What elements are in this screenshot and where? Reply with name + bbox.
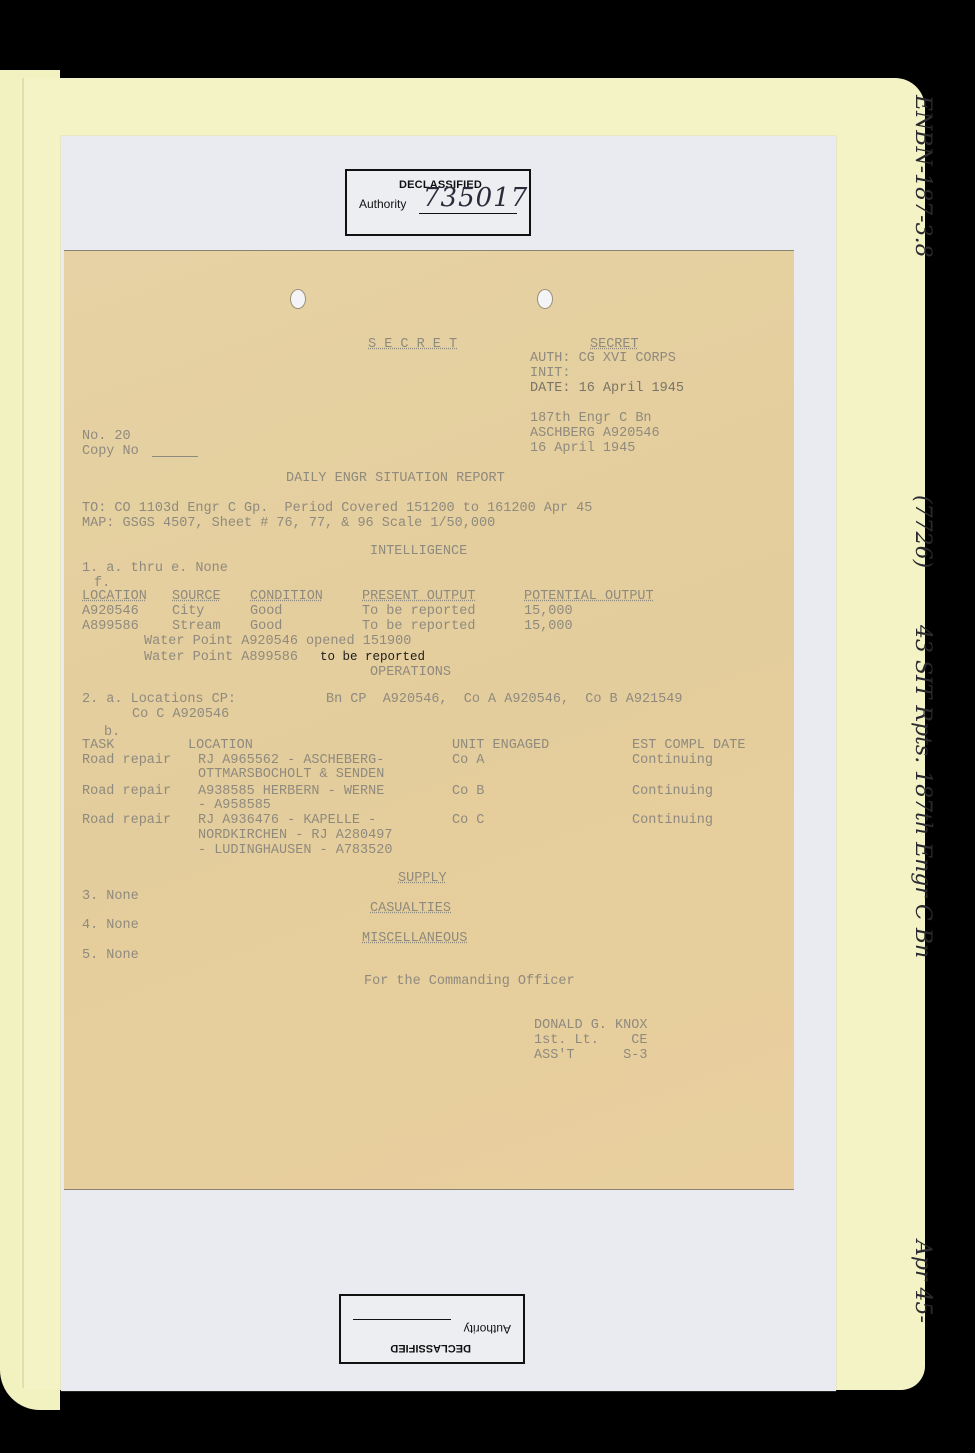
classification-left: S E C R E T	[368, 337, 457, 352]
declassified-stamp-top: DECLASSIFIED Authority 735017	[345, 169, 531, 236]
folder-crease	[22, 78, 24, 1388]
water-row-potential-output: 15,000	[524, 619, 573, 634]
task-row-unit: Co A	[452, 753, 484, 768]
unit-engaged-column-header: UNIT ENGAGED	[452, 738, 549, 753]
map-line: MAP: GSGS 4507, Sheet # 76, 77, & 96 Sca…	[82, 516, 495, 531]
report-title: DAILY ENGR SITUATION REPORT	[286, 471, 505, 486]
unit-location: ASCHBERG A920546	[530, 426, 660, 441]
task-row-location: A938585 HERBERN - WERNE	[198, 784, 384, 799]
locations-cp-value: Bn CP A920546, Co A A920546, Co B A92154…	[326, 692, 682, 707]
est-compl-date-column-header: EST COMPL DATE	[632, 738, 745, 753]
punch-hole-icon	[290, 289, 306, 309]
init-line: INIT:	[530, 366, 571, 381]
column-header-source: SOURCE	[172, 589, 221, 604]
signature-for-line: For the Commanding Officer	[364, 974, 575, 989]
task-row-location: RJ A936476 - KAPELLE -	[198, 813, 376, 828]
stamp-authority-label: Authority	[464, 1322, 511, 1336]
water-point-2-status: to be reported	[320, 650, 425, 665]
declassified-stamp-bottom: DECLASSIFIED Authority	[339, 1294, 525, 1364]
classification-right: SECRET	[590, 337, 639, 352]
task-row-location-cont: NORDKIRCHEN - RJ A280497	[198, 828, 392, 843]
signature-name: DONALD G. KNOX	[534, 1018, 647, 1033]
task-row-task: Road repair	[82, 813, 171, 828]
locations-cp-continued: Co C A920546	[132, 707, 229, 722]
column-header-present-output: PRESENT OUTPUT	[362, 589, 475, 604]
date-line: DATE: 16 April 1945	[530, 381, 684, 396]
task-row-unit: Co C	[452, 813, 484, 828]
location-column-header: LOCATION	[188, 738, 253, 753]
intelligence-heading: INTELLIGENCE	[370, 544, 467, 559]
report-number: No. 20	[82, 429, 131, 444]
stamp-title: DECLASSIFIED	[390, 1342, 471, 1354]
unit-name: 187th Engr C Bn	[530, 411, 652, 426]
stamp-signature-line	[353, 1319, 451, 1320]
task-row-date: Continuing	[632, 784, 713, 799]
task-row-location: RJ A965562 - ASCHEBERG-	[198, 753, 384, 768]
signature-rank: 1st. Lt. CE	[534, 1033, 647, 1048]
signature-title: ASS'T S-3	[534, 1048, 647, 1063]
water-point-1: Water Point A920546 opened 151900	[144, 634, 411, 649]
margin-note-file-code: ENBN-187-3.8	[910, 95, 935, 258]
task-row-location-cont: - A958585	[198, 798, 271, 813]
task-row-location-cont: - LUDINGHAUSEN - A783520	[198, 843, 392, 858]
typed-report-page: S E C R E T SECRET AUTH: CG XVI CORPS IN…	[64, 250, 794, 1190]
copy-number-blank	[152, 456, 198, 457]
task-row-location-cont: OTTMARSBOCHOLT & SENDEN	[198, 767, 384, 782]
supply-item: 3. None	[82, 889, 139, 904]
stamp-signature-line	[419, 213, 517, 214]
water-row-condition: Good	[250, 619, 282, 634]
water-row-present-output: To be reported	[362, 619, 475, 634]
water-row-source: City	[172, 604, 204, 619]
copy-number: Copy No	[82, 444, 139, 459]
column-header-condition: CONDITION	[250, 589, 323, 604]
margin-note-date: Apr 45-	[910, 1240, 935, 1323]
operations-heading: OPERATIONS	[370, 665, 451, 680]
water-row-potential-output: 15,000	[524, 604, 573, 619]
water-point-2: Water Point A899586	[144, 650, 298, 665]
stamp-authority-number: 735017	[423, 183, 528, 213]
task-row-date: Continuing	[632, 813, 713, 828]
casualties-heading: CASUALTIES	[370, 901, 451, 916]
intelligence-item-a-e: 1. a. thru e. None	[82, 561, 228, 576]
punch-hole-icon	[537, 289, 553, 309]
margin-note-description: 43 SIT Rpts. 187th Engr C Bn	[910, 625, 935, 958]
task-row-unit: Co B	[452, 784, 484, 799]
casualties-item: 4. None	[82, 918, 139, 933]
water-row-present-output: To be reported	[362, 604, 475, 619]
miscellaneous-item: 5. None	[82, 948, 139, 963]
water-row-location: A899586	[82, 619, 139, 634]
water-row-location: A920546	[82, 604, 139, 619]
to-line: TO: CO 1103d Engr C Gp. Period Covered 1…	[82, 501, 592, 516]
task-row-date: Continuing	[632, 753, 713, 768]
water-row-source: Stream	[172, 619, 221, 634]
auth-line: AUTH: CG XVI CORPS	[530, 351, 676, 366]
column-header-location: LOCATION	[82, 589, 147, 604]
miscellaneous-heading: MISCELLANEOUS	[362, 931, 467, 946]
water-row-condition: Good	[250, 604, 282, 619]
supply-heading: SUPPLY	[398, 871, 447, 886]
task-column-header: TASK	[82, 738, 114, 753]
task-row-task: Road repair	[82, 784, 171, 799]
locations-cp-label: 2. a. Locations CP:	[82, 692, 236, 707]
task-row-task: Road repair	[82, 753, 171, 768]
margin-note-reference: (7726)	[910, 495, 935, 568]
unit-date: 16 April 1945	[530, 441, 635, 456]
stamp-authority-label: Authority	[359, 197, 406, 211]
column-header-potential-output: POTENTIAL OUTPUT	[524, 589, 654, 604]
